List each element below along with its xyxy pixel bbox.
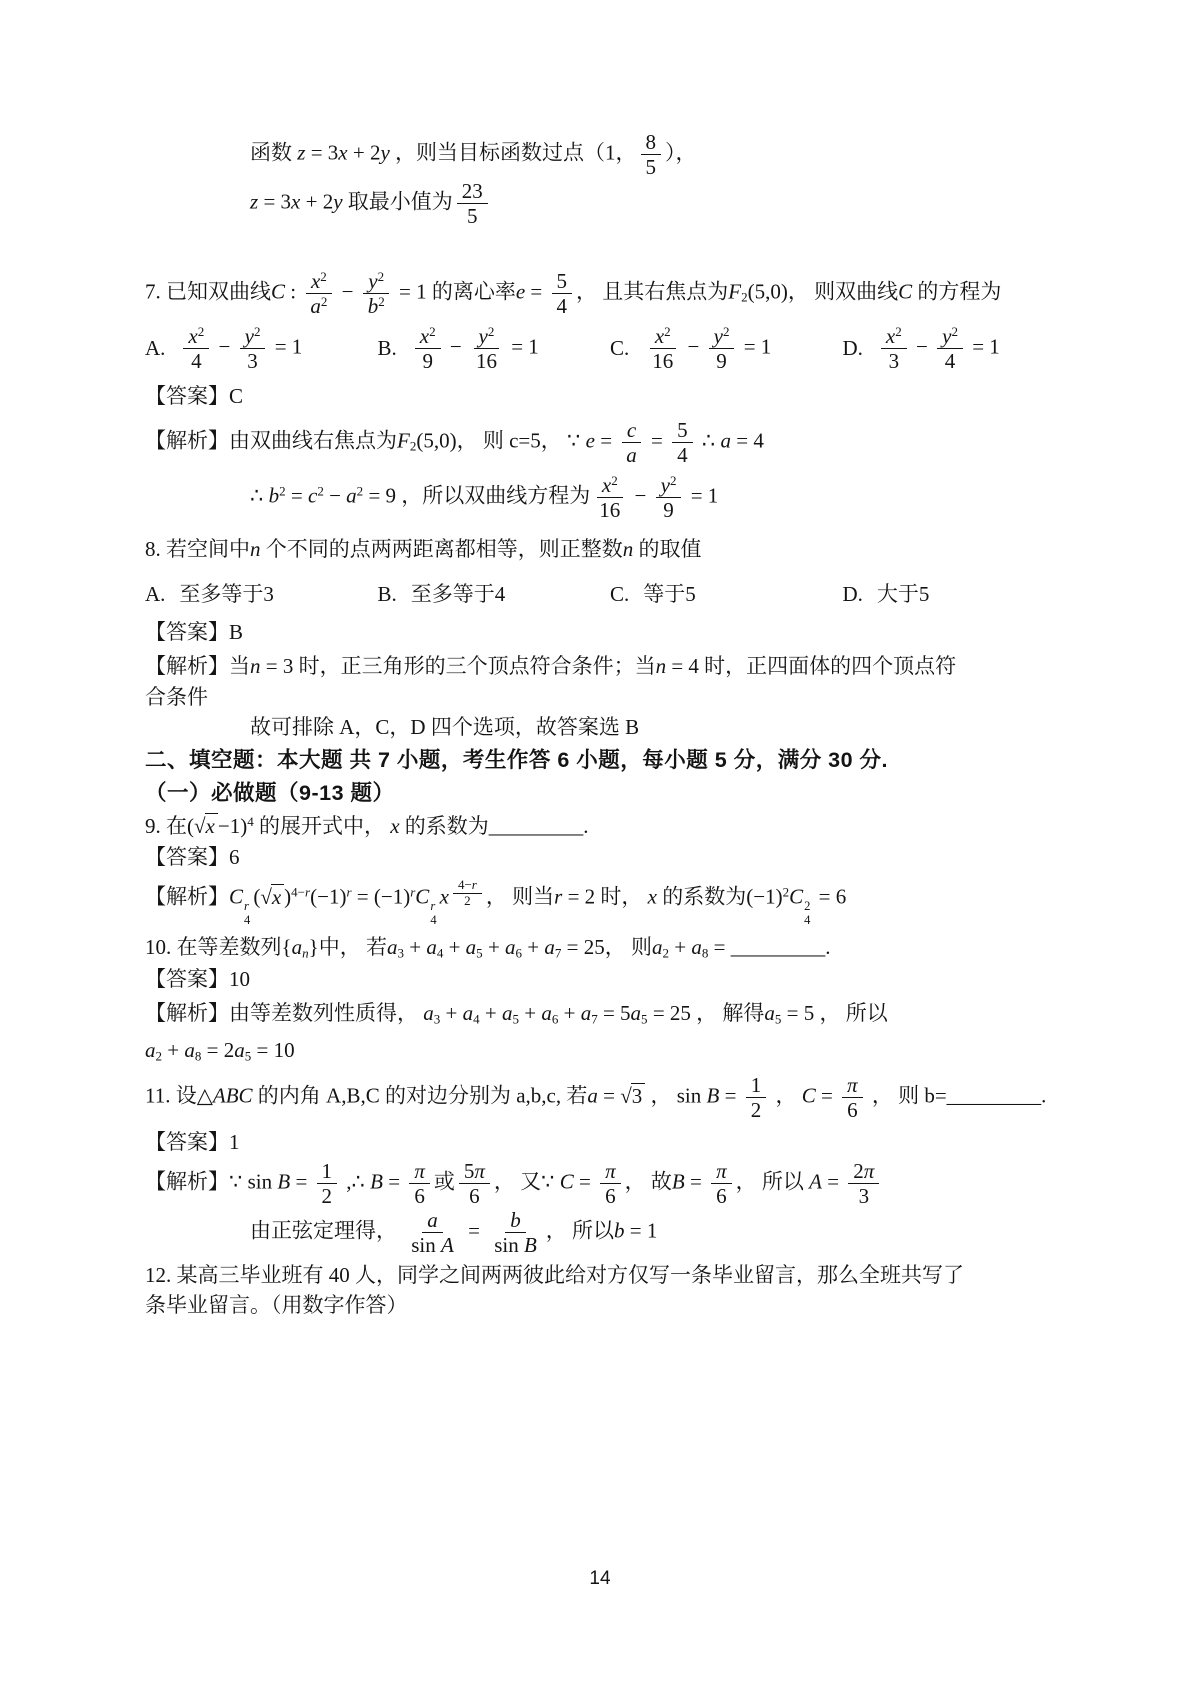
q11-solution-2: 由正弦定理得， asin A = bsin B， 所以b = 1 bbox=[145, 1208, 1075, 1257]
q7-option-b: B.x29 − y216 = 1 bbox=[378, 324, 611, 373]
q7-options-row: A.x24 − y23 = 1B.x29 − y216 = 1C.x216 − … bbox=[145, 324, 1075, 373]
q10-solution-2: a2 + a8 = 2a5 = 10 bbox=[145, 1035, 1075, 1065]
q8-option-c: C.等于5 bbox=[610, 579, 843, 609]
q8-option-a: A.至多等于3 bbox=[145, 579, 378, 609]
q11-solution-1: 【解析】∵ sin B = 12 ,∴ B = π6或5π6， 又∵ C = π… bbox=[145, 1159, 1075, 1208]
q7-answer: 【答案】C bbox=[145, 381, 1075, 411]
q8-option-c-text: 等于5 bbox=[643, 579, 696, 609]
q6-solution-cont-1: 函数 z = 3x + 2y ，则当目标函数过点（1，85）， bbox=[145, 130, 1075, 179]
q11-statement: 11. 设△ABC 的内角 A,B,C 的对边分别为 a,b,c, 若a = √… bbox=[145, 1073, 1075, 1122]
q7-option-c-text: x216 − y29 = 1 bbox=[643, 324, 771, 373]
q8-options-row: A.至多等于3B.至多等于4C.等于5D.大于5 bbox=[145, 579, 1075, 609]
q7-option-b-text: x29 − y216 = 1 bbox=[411, 324, 539, 373]
q12-statement-2: 条毕业留言。（用数字作答） bbox=[145, 1290, 1075, 1320]
q7-option-a-text: x24 − y23 = 1 bbox=[179, 324, 302, 373]
q8-option-a-label: A. bbox=[145, 579, 165, 609]
q8-option-d: D.大于5 bbox=[843, 579, 1076, 609]
q9-solution: 【解析】Cr4(√x)4−r(−1)r = (−1)rCr4x4−r2， 则当r… bbox=[145, 878, 1075, 928]
q12-statement-1: 12. 某高三毕业班有 40 人，同学之间两两彼此给对方仅写一条毕业留言，那么全… bbox=[145, 1260, 1075, 1290]
q8-statement: 8. 若空间中n 个不同的点两两距离都相等，则正整数n 的取值 bbox=[145, 534, 1075, 564]
q7-solution-2: ∴ b2 = c2 − a2 = 9 ，所以双曲线方程为x216 − y29 =… bbox=[145, 473, 1075, 522]
q6-solution-cont-2: z = 3x + 2y 取最小值为235 bbox=[145, 179, 1075, 228]
q8-answer: 【答案】B bbox=[145, 617, 1075, 647]
q8-option-b-text: 至多等于4 bbox=[411, 579, 506, 609]
q7-option-c-label: C. bbox=[610, 333, 629, 363]
exam-content: 函数 z = 3x + 2y ，则当目标函数过点（1，85），z = 3x + … bbox=[145, 130, 1075, 1320]
q7-solution-1: 【解析】由双曲线右焦点为F2(5,0)， 则 c=5， ∵ e = ca = 5… bbox=[145, 418, 1075, 467]
q7-statement: 7. 已知双曲线C : x2a2 − y2b2 = 1 的离心率e = 54， … bbox=[145, 269, 1075, 318]
section-2-header: 二、填空题：本大题 共 7 小题，考生作答 6 小题，每小题 5 分，满分 30… bbox=[145, 745, 1075, 776]
q10-answer: 【答案】10 bbox=[145, 964, 1075, 994]
q7-option-c: C.x216 − y29 = 1 bbox=[610, 324, 843, 373]
q8-option-d-text: 大于5 bbox=[877, 579, 930, 609]
q8-solution-2: 合条件 bbox=[145, 682, 1075, 712]
section-2-sub-header: （一）必做题（9-13 题） bbox=[145, 778, 1075, 809]
q8-option-a-text: 至多等于3 bbox=[179, 579, 274, 609]
q8-solution-3: 故可排除 A，C，D 四个选项，故答案选 B bbox=[145, 712, 1075, 742]
q7-option-d: D.x23 − y24 = 1 bbox=[843, 324, 1076, 373]
q10-statement: 10. 在等差数列{an}中， 若a3 + a4 + a5 + a6 + a7 … bbox=[145, 932, 1075, 962]
q7-option-a: A.x24 − y23 = 1 bbox=[145, 324, 378, 373]
q10-solution-1: 【解析】由等差数列性质得， a3 + a4 + a5 + a6 + a7 = 5… bbox=[145, 998, 1075, 1028]
q7-option-d-label: D. bbox=[843, 333, 863, 363]
q8-option-c-label: C. bbox=[610, 579, 629, 609]
q8-solution-1: 【解析】当n = 3 时，正三角形的三个顶点符合条件；当n = 4 时，正四面体… bbox=[145, 651, 1075, 681]
q8-option-b-label: B. bbox=[378, 579, 397, 609]
q9-statement: 9. 在(√x−1)4 的展开式中， x 的系数为_________. bbox=[145, 811, 1075, 841]
q9-answer: 【答案】6 bbox=[145, 842, 1075, 872]
q7-option-d-text: x23 − y24 = 1 bbox=[877, 324, 1000, 373]
q11-answer: 【答案】1 bbox=[145, 1127, 1075, 1157]
q8-option-d-label: D. bbox=[843, 579, 863, 609]
q7-option-b-label: B. bbox=[378, 333, 397, 363]
q8-option-b: B.至多等于4 bbox=[378, 579, 611, 609]
q7-option-a-label: A. bbox=[145, 333, 165, 363]
page-number: 14 bbox=[0, 1568, 1200, 1590]
document-page: 函数 z = 3x + 2y ，则当目标函数过点（1，85），z = 3x + … bbox=[0, 0, 1200, 1698]
